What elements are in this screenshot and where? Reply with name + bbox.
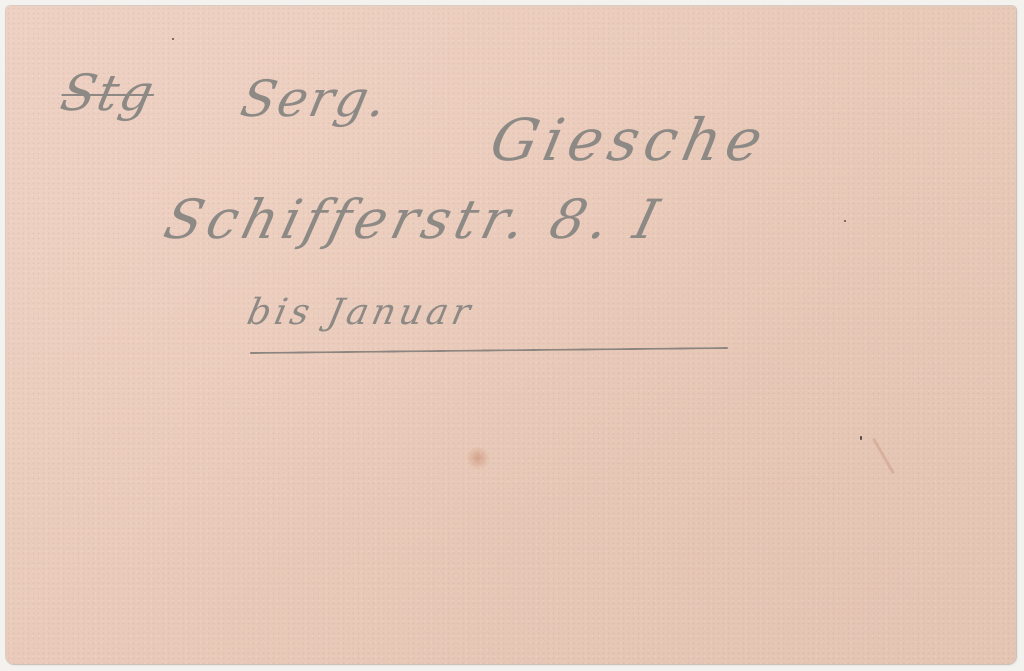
paper-speck xyxy=(860,436,862,440)
postcard-back: Stg Serg. Giesche Schifferstr. 8. I bis … xyxy=(6,6,1016,664)
recipient-title: Serg. xyxy=(236,70,394,128)
validity-note: bis Januar xyxy=(244,292,478,333)
pencil-underline xyxy=(250,347,728,354)
paper-speck xyxy=(844,220,846,222)
struck-out-abbreviation: Stg xyxy=(56,64,161,122)
recipient-name: Giesche xyxy=(485,106,775,174)
street-address: Schifferstr. 8. I xyxy=(158,188,669,251)
paper-speck xyxy=(172,38,174,40)
paper-crease xyxy=(872,438,895,474)
paper-texture xyxy=(6,6,1016,664)
